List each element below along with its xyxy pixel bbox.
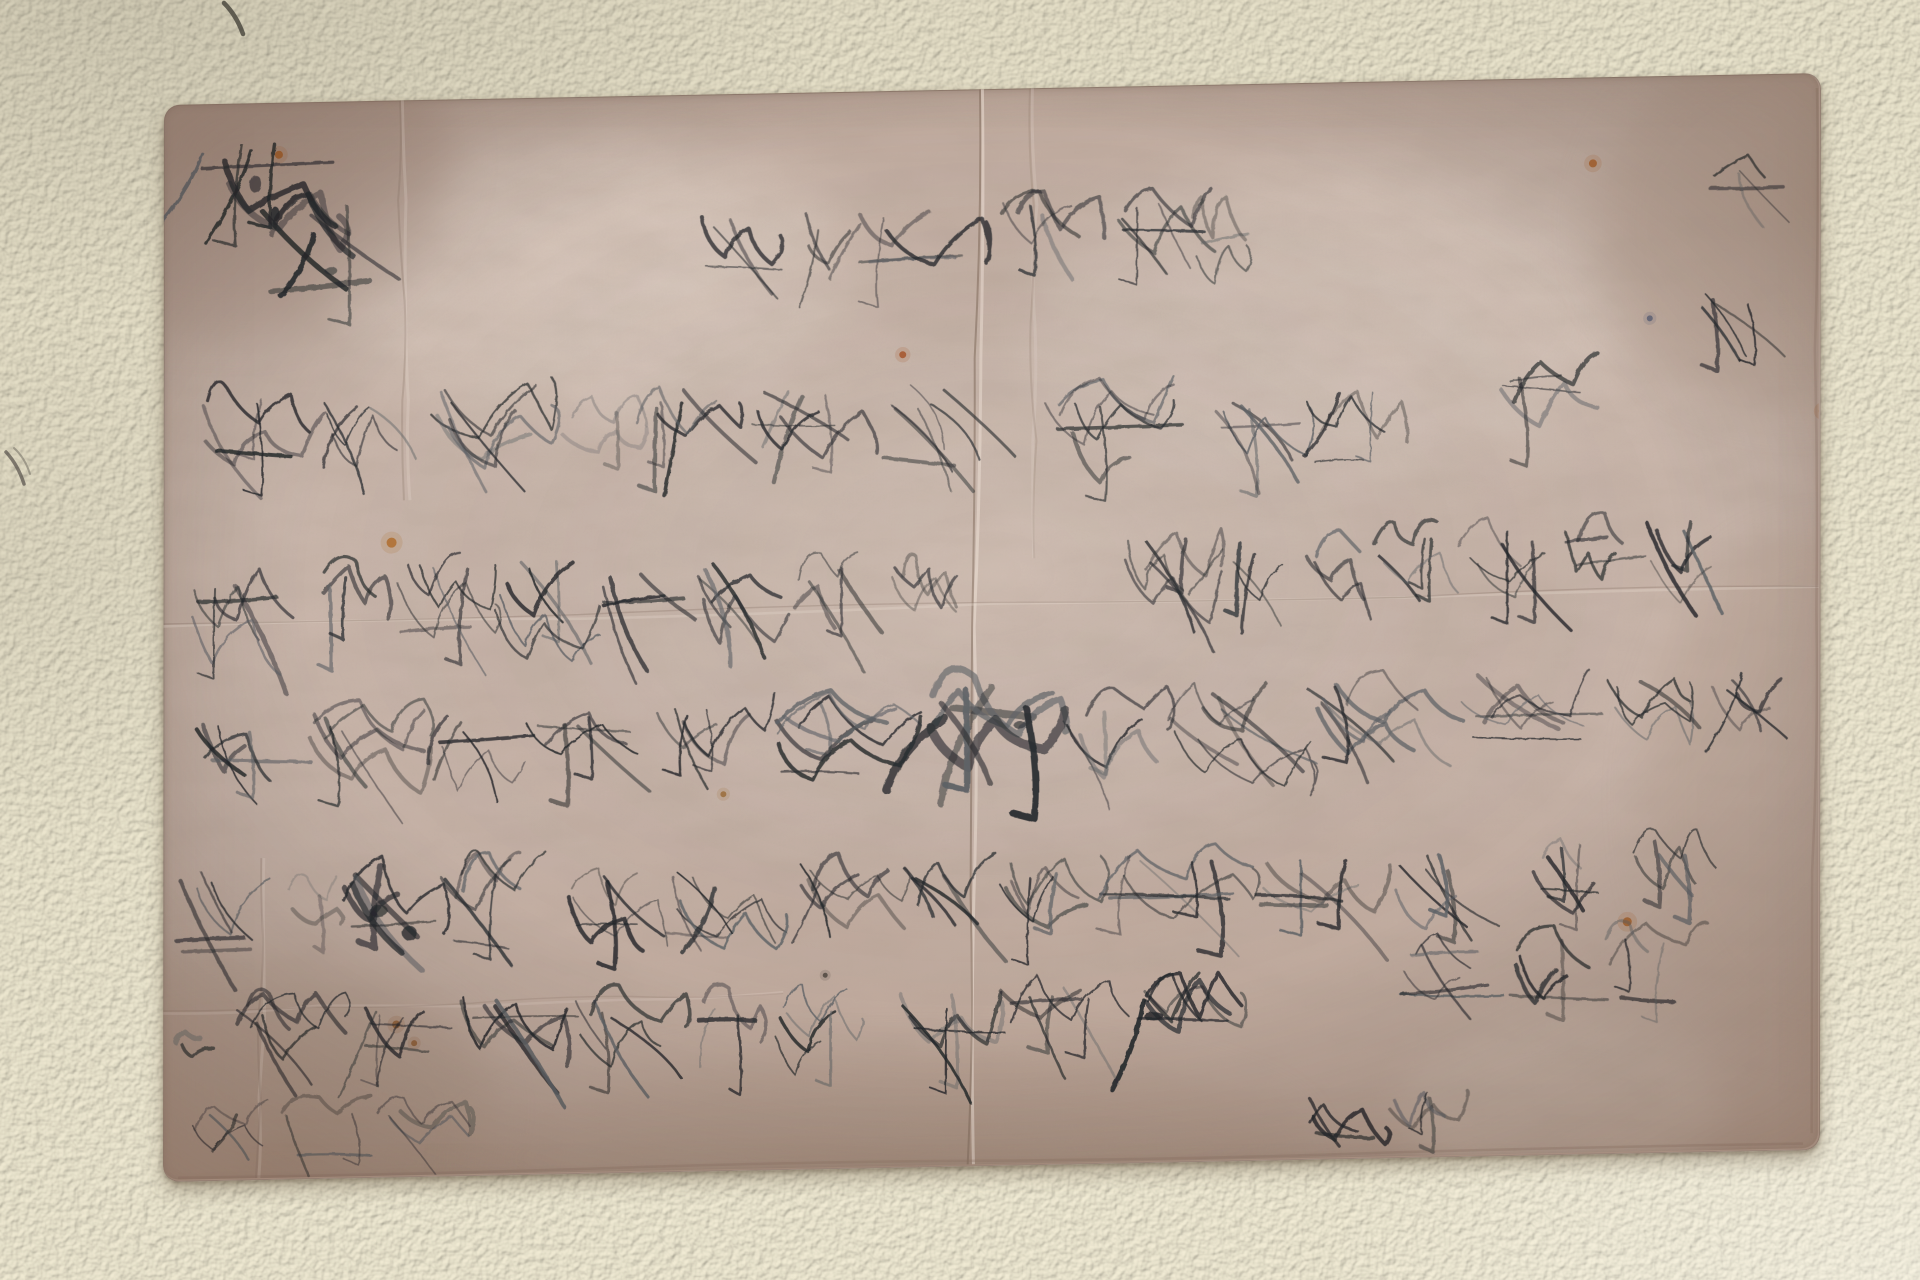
postcard-paper [163, 73, 1821, 1182]
photo-scene: Color photograph of an aged, pink-tan po… [0, 0, 1920, 1280]
